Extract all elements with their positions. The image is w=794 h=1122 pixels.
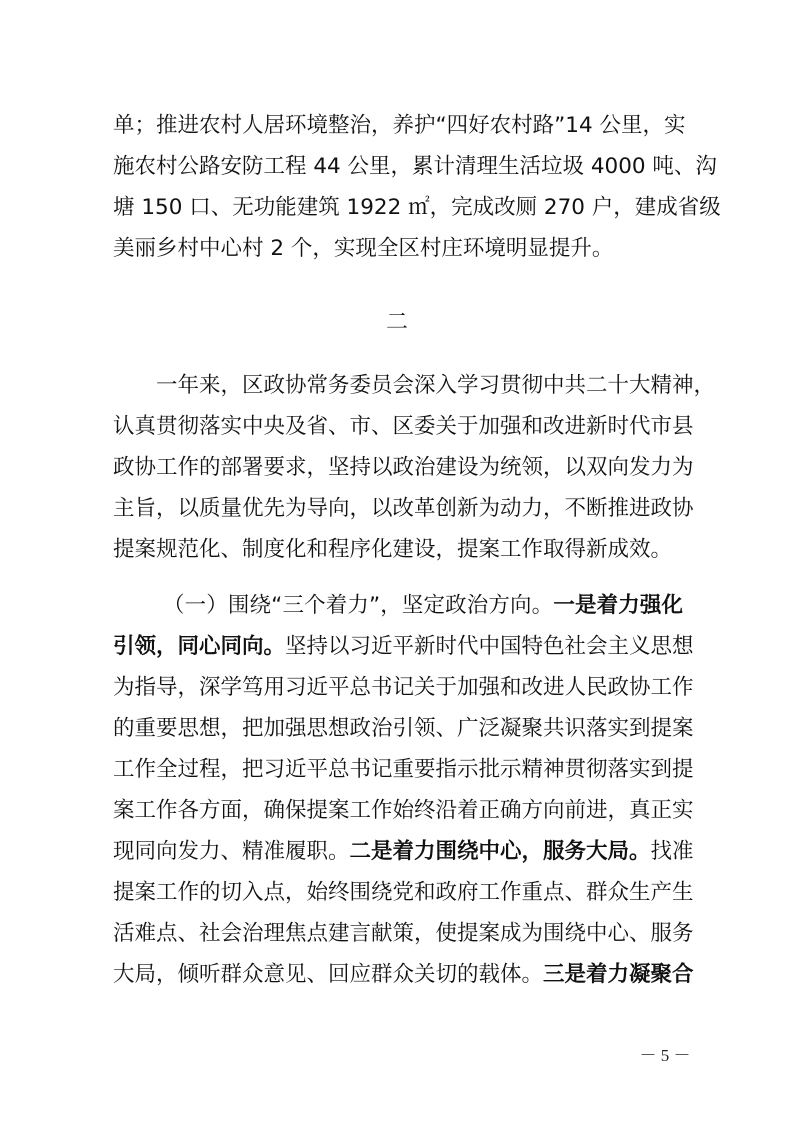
body-text-span: 现同向发力、精准履职。 xyxy=(113,839,350,864)
body-text-line: 塘 150 口、无功能建筑 1922 ㎡，完成改厕 270 户，建成省级 xyxy=(113,187,683,228)
body-text-line: 一年来，区政协常务委员会深入学习贯彻中共二十大精神， xyxy=(113,365,683,406)
body-text-line: 提案工作的切入点，始终围绕党和政府工作重点、群众生产生 xyxy=(113,872,683,913)
page-number: － 5 － xyxy=(620,1044,710,1068)
body-text-line: 单；推进农村人居环境整治，养护“四好农村路”14 公里，实 xyxy=(113,105,683,146)
body-text-line: 引领，同心同向。坚持以习近平新时代中国特色社会主义思想 xyxy=(113,626,683,667)
body-text-line: 案工作各方面，确保提案工作始终沿着正确方向前进，真正实 xyxy=(113,790,683,831)
body-text-line: 为指导，深学笃用习近平总书记关于加强和改进人民政协工作 xyxy=(113,667,683,708)
bold-point-heading: 引领，同心同向。 xyxy=(113,634,285,659)
subsection-heading-line: （一）围绕“三个着力”，坚定政治方向。一是着力强化 xyxy=(113,585,683,626)
bold-point-heading: 三是着力凝聚合 xyxy=(543,962,694,987)
body-text-span: 大局，倾听群众意见、回应群众关切的载体。 xyxy=(113,962,543,987)
body-text-span: 找准 xyxy=(651,839,694,864)
body-text-line: 工作全过程，把习近平总书记重要指示批示精神贯彻落实到提 xyxy=(113,749,683,790)
body-text-line: 美丽乡村中心村 2 个，实现全区村庄环境明显提升。 xyxy=(113,228,683,269)
body-text-line: 现同向发力、精准履职。二是着力围绕中心，服务大局。找准 xyxy=(113,831,683,872)
document-page: 单；推进农村人居环境整治，养护“四好农村路”14 公里，实 施农村公路安防工程 … xyxy=(0,0,794,1122)
body-text-line: 政协工作的部署要求，坚持以政治建设为统领，以双向发力为 xyxy=(113,447,683,488)
body-text-line: 认真贯彻落实中央及省、市、区委关于加强和改进新时代市县 xyxy=(113,406,683,447)
body-text-line: 主旨，以质量优先为导向，以改革创新为动力，不断推进政协 xyxy=(113,488,683,529)
bold-point-heading: 二是着力围绕中心，服务大局。 xyxy=(350,839,651,864)
subsection-title: （一）围绕“三个着力”，坚定政治方向。 xyxy=(163,593,553,618)
body-text-line: 提案规范化、制度化和程序化建设，提案工作取得新成效。 xyxy=(113,529,683,570)
body-text-line: 大局，倾听群众意见、回应群众关切的载体。三是着力凝聚合 xyxy=(113,954,683,995)
body-text-span: 坚持以习近平新时代中国特色社会主义思想 xyxy=(285,634,694,659)
body-text-line: 活难点、社会治理焦点建言献策，使提案成为围绕中心、服务 xyxy=(113,913,683,954)
bold-point-heading: 一是着力强化 xyxy=(553,593,683,618)
body-text-line: 施农村公路安防工程 44 公里，累计清理生活垃圾 4000 吨、沟 xyxy=(113,146,683,187)
section-heading: 二 xyxy=(0,302,794,343)
body-text-line: 的重要思想，把加强思想政治引领、广泛凝聚共识落实到提案 xyxy=(113,708,683,749)
